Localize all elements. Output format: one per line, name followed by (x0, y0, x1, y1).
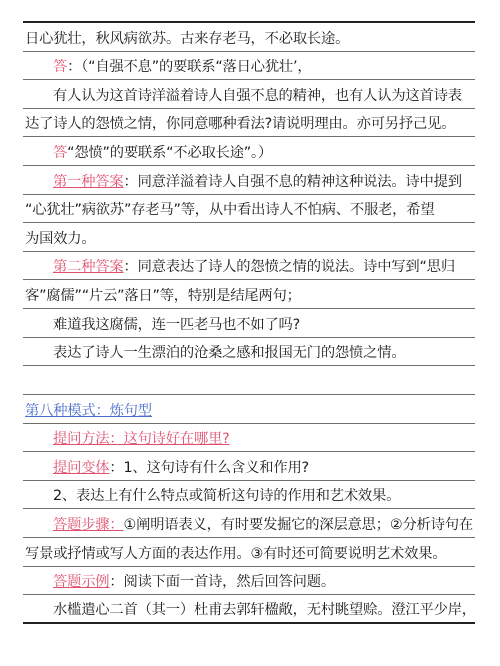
answer-example-label: 答题示例 (53, 573, 109, 591)
question-variant-label: 提问变体 (53, 459, 109, 477)
answer-label: 答 (53, 144, 67, 162)
answer-hint-text: ：（“自强不息”的要联系“落日心犹壮’， (67, 58, 311, 76)
first-answer-label: 第一种答案 (53, 173, 123, 191)
note-line-blank (23, 366, 475, 395)
note-line-answer-steps-cont: 写景或抒情或写人方面的表达作用。③有时还可简要说明艺术效果。 (23, 538, 475, 567)
second-answer-text: 难道我这腐儒，连一匹老马也不如了吗? (53, 316, 300, 334)
note-line-first-answer: 第一种答案 ：同意洋溢着诗人自强不息的精神这种说法。诗中提到 (23, 166, 475, 195)
note-line-second-answer: 第二种答案 ：同意表达了诗人的怨愤之情的说法。诗中写到“思归 (23, 252, 475, 281)
note-line-question-variant-1: 提问变体 ：1、这句诗有什么含义和作用? (23, 452, 475, 481)
note-line-question-variant-2: 2、表达上有什么特点或简析这句诗的作用和艺术效果。 (23, 481, 475, 510)
note-line-question-method: 提问方法：这句诗好在哪里? (23, 424, 475, 453)
note-line-answer-hint-2: 答 “怨愤”的要联系“不必取长途”。） (23, 137, 475, 166)
poem-text: 日心犹壮，秋风病欲苏。古来存老马，不必取长途。 (25, 30, 349, 48)
question-method-text: 提问方法：这句诗好在哪里? (53, 430, 230, 448)
note-line-poem-tail: 日心犹壮，秋风病欲苏。古来存老马，不必取长途。 (23, 23, 475, 52)
note-line-question-part-1: 有人认为这首诗洋溢着诗人自强不息的精神，也有人认为这首诗表 (23, 80, 475, 109)
section-heading: 第八种模式：炼句型 (25, 402, 152, 420)
answer-hint-text: “怨愤”的要联系“不必取长途”。） (67, 144, 272, 162)
note-line-second-answer-cont-1: 客”腐儒”“片云”落日”等，特别是结尾两句； (23, 280, 475, 309)
second-answer-label: 第二种答案 (53, 258, 123, 276)
first-answer-text: ：同意洋溢着诗人自强不息的精神这种说法。诗中提到 (123, 173, 461, 191)
note-line-second-answer-cont-2: 难道我这腐儒，连一匹老马也不如了吗? (23, 309, 475, 338)
question-variant-text: 2、表达上有什么特点或简析这句诗的作用和艺术效果。 (53, 487, 400, 505)
question-variant-text: ：1、这句诗有什么含义和作用? (109, 459, 309, 477)
note-line-question-part-2: 达了诗人的怨愤之情，你同意哪种看法?请说明理由。亦可另抒己见。 (23, 109, 475, 138)
note-line-answer-hint-1: 答 ：（“自强不息”的要联系“落日心犹壮’， (23, 52, 475, 81)
answer-label: 答 (53, 58, 67, 76)
note-line-example-poem: 水槛遣心二首（其一）杜甫去郭轩楹敞，无村眺望赊。澄江平少岸， (23, 595, 475, 624)
answer-steps-label: 答题步骤： (53, 516, 123, 534)
question-text: 达了诗人的怨愤之情，你同意哪种看法?请说明理由。亦可另抒己见。 (25, 115, 455, 133)
answer-example-text: ：阅读下面一首诗，然后回答问题。 (109, 573, 335, 591)
second-answer-text: 表达了诗人一生漂泊的沧桑之感和报国无门的怨愤之情。 (53, 344, 405, 362)
second-answer-text: 客”腐儒”“片云”落日”等，特别是结尾两句； (25, 287, 301, 305)
note-line-section-heading: 第八种模式：炼句型 (23, 395, 475, 424)
answer-steps-text: ①阐明语表义，有时要发掘它的深层意思；②分析诗句在 (123, 516, 472, 534)
first-answer-text: 为国效力。 (25, 230, 95, 248)
example-poem-text: 水槛遣心二首（其一）杜甫去郭轩楹敞，无村眺望赊。澄江平少岸， (53, 601, 475, 619)
note-line-answer-steps: 答题步骤： ①阐明语表义，有时要发掘它的深层意思；②分析诗句在 (23, 509, 475, 538)
note-line-second-answer-cont-3: 表达了诗人一生漂泊的沧桑之感和报国无门的怨愤之情。 (23, 338, 475, 367)
second-answer-text: ：同意表达了诗人的怨愤之情的说法。诗中写到“思归 (123, 258, 454, 276)
lined-notes-page: 日心犹壮，秋风病欲苏。古来存老马，不必取长途。 答 ：（“自强不息”的要联系“落… (23, 21, 475, 624)
first-answer-text: “心犹壮”病欲苏”存老马”等，从中看出诗人不怕病、不服老，希望 (25, 201, 434, 219)
answer-steps-text: 写景或抒情或写人方面的表达作用。③有时还可简要说明艺术效果。 (25, 545, 446, 563)
note-line-first-answer-cont-1: “心犹壮”病欲苏”存老马”等，从中看出诗人不怕病、不服老，希望 (23, 195, 475, 224)
note-line-first-answer-cont-2: 为国效力。 (23, 223, 475, 252)
note-line-answer-example: 答题示例 ：阅读下面一首诗，然后回答问题。 (23, 567, 475, 596)
question-text: 有人认为这首诗洋溢着诗人自强不息的精神，也有人认为这首诗表 (53, 87, 462, 105)
